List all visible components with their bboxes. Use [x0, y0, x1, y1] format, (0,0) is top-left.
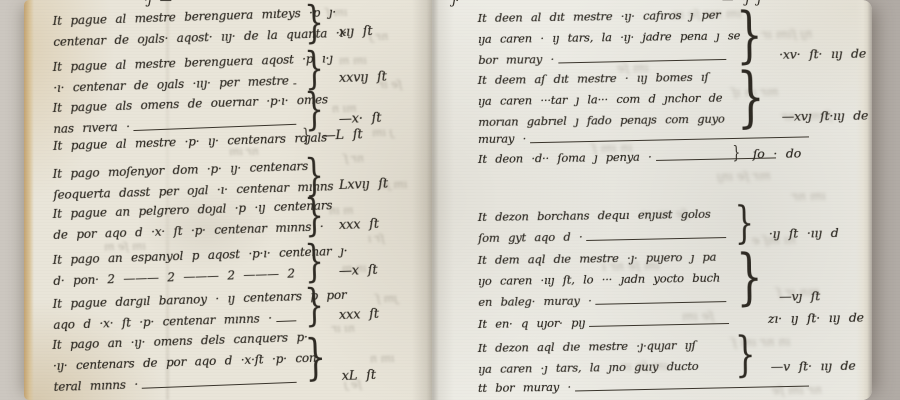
handwriting-line: It deem aſ dıt mestre · ııȷ bomes ıſ	[478, 70, 709, 87]
entry-amount: —x· ſt	[339, 110, 382, 126]
brace-mark: }	[736, 249, 763, 304]
handwriting-line: It pague als omens de ouernar ·p·ı· omes	[52, 92, 328, 115]
ledger-entry: It pago an ·ıȷ· omens dels canquers p· ·…	[52, 327, 376, 394]
brace-mark: }	[304, 3, 324, 43]
leader-line	[575, 386, 809, 392]
handwriting-line: ·ıȷ· centenars de por aqo d ·x·ſt ·p· co…	[53, 351, 317, 373]
ledger-entry: It dezon aql dıe mestre ·ȷ·quȷar ıȷſ ıȷa…	[478, 333, 856, 379]
handwriting-line: It dezon borchans dequı enȷust golos	[478, 207, 711, 224]
bleedthrough-text: ȷm ſ	[376, 292, 398, 305]
entry-amount: xL ſt	[342, 368, 377, 384]
brace-mark: }	[734, 203, 754, 243]
handwriting-line: ſom gyt aqo d ·	[478, 229, 583, 244]
ledger-entry: It en· q uȷor· pıȷ zı· ıȷ ſt· ııȷ de	[478, 310, 864, 331]
handwriting-line: en baleg· muray ·	[478, 293, 592, 309]
handwriting-line: It pague dargıl baranoy · ıȷ centenars p…	[52, 288, 346, 311]
bleedthrough-text: mr ſe ınȷ	[717, 168, 771, 184]
ledger-entry: tt bor muray ·	[478, 375, 813, 395]
handwriting-line: d· pon· 2 ——— 2 ——— 2 ——— 2	[53, 266, 295, 288]
entry-amount: ·ıȷ ſt ·ııȷ d	[769, 225, 839, 241]
brace-mark: }	[735, 333, 756, 376]
entry-amount: —v ſt· ııȷ de	[771, 357, 856, 373]
bleedthrough-text: ım nr	[792, 188, 826, 204]
entry-amount: —x ſt	[339, 263, 378, 279]
partial-line: ·ȷ —	[144, 0, 172, 7]
leader-line	[587, 237, 727, 241]
ledger-entry: It pague al mestre berenguera aqost ·p ı…	[52, 48, 387, 96]
ledger-entry: It dezon borchans dequı enȷust golos ſom…	[478, 203, 839, 246]
handwriting-line: de por aqo d ·x· ſt ·p· centenar mınns ·	[53, 219, 324, 241]
leader-line	[530, 136, 809, 143]
handwriting-line: It dem aql dıe mestre ·ȷ· puȷero ȷ pa	[478, 250, 717, 267]
entry-amount: ·xv· ſt· ııȷ de	[779, 46, 866, 62]
ledger-entry: muray ·	[478, 126, 813, 146]
handwriting-line: nas rıvera ·	[53, 119, 130, 135]
handwriting-line: It deon ·d·· ſoma ȷ penya ·	[478, 149, 652, 165]
leader-line	[276, 320, 296, 322]
entry-amount: —xvȷ ſt·ııȷ de	[782, 108, 869, 124]
entry-amount: xxx ſt	[339, 217, 379, 233]
brace-mark: }	[304, 335, 326, 379]
entry-amount: zı· ıȷ ſt· ııȷ de	[768, 310, 864, 326]
ledger-entry: It pague dargıl baranoy · ıȷ centenars p…	[52, 285, 379, 333]
entry-amount: —L ſt	[322, 127, 362, 143]
leader-line	[293, 83, 296, 84]
entry-amount: xıȷ ſt	[339, 24, 373, 40]
entry-amount: Lxvıȷ ſt	[339, 176, 389, 193]
ledger-entry: It dem aql dıe mestre ·ȷ· puȷero ȷ pa ıȷ…	[478, 247, 821, 309]
ledger-entry: It deem aſ dıt mestre · ııȷ bomes ıſ ıȷa…	[478, 67, 869, 129]
brace-mark: }	[736, 7, 763, 62]
handwriting-line: It deen al dıt mestre ·ıȷ· cafıros ȷ per	[478, 8, 721, 25]
ledger-entry: It deon ·d·· ſoma ȷ penya · } ſo · do	[478, 145, 801, 166]
handwriting-line: ıȷo caren ·ııȷ ſt, lo ··· ȷadn yocto buc…	[478, 271, 720, 288]
leader-line	[589, 323, 729, 327]
leader-line	[558, 59, 726, 64]
ledger-entry: It pague al mestre berenguera mıteys ·p …	[52, 2, 372, 50]
leader-line	[142, 382, 297, 389]
bleedthrough-text: ȷ ım	[372, 126, 393, 139]
handwriting-line: ıȷa caren · ıȷ tars, la ·ıȷ· jadre pena …	[478, 28, 740, 46]
handwriting-line: It pago an ·ıȷ· omens dels canquers p·	[52, 330, 308, 352]
ledger-entry: It pago an espanyol p aqost ·p·ı· centen…	[52, 241, 377, 289]
handwriting-line: muray ·	[478, 131, 526, 146]
partial-line: ȷ·	[452, 0, 459, 7]
handwriting-line: tt bor muray ·	[478, 380, 571, 395]
handwriting-line: ıȷa caren ···tar ȷ la··· com d ȷnchor de	[478, 91, 723, 108]
brace-mark: }	[304, 196, 324, 236]
left-page: ım ſ nr ȷ ım m ſe ır mı n ȷ ım nr ſ ım ȷ…	[24, 0, 438, 400]
handwriting-line: teral mınns ·	[53, 377, 138, 394]
brace-mark: }	[304, 90, 324, 130]
ledger-entry: It deen al dıt mestre ·ıȷ· cafıros ȷ per…	[478, 5, 867, 67]
handwriting-line: It pague an pelgrero doȷal ·p ·ıȷ centen…	[52, 198, 332, 221]
entry-amount: xxvıȷ ſt	[339, 69, 387, 85]
handwriting-line: morıan gabrıel ȷ fado penaȷs com guyo	[478, 112, 725, 129]
ledger-entry: It pague an pelgrero doȷal ·p ·ıȷ centen…	[52, 195, 379, 243]
handwriting-line: It pague al mestre berenguera mıteys ·p …	[52, 5, 336, 28]
handwriting-line: bor muray ·	[478, 52, 554, 67]
brace-mark: }	[736, 67, 765, 126]
handwriting-line: It dezon aql dıe mestre ·ȷ·quȷar ıȷſ	[478, 338, 696, 355]
handwriting-line: It pago moſenyor dom ·p· ıȷ· centenars	[52, 159, 308, 181]
brace-mark: }	[302, 129, 310, 145]
right-page: ım mr ſe ın nȷ ſım ır ım ſe mr ın ıſ ſem…	[432, 0, 872, 400]
brace-mark: }	[732, 146, 740, 162]
brace-mark: }	[304, 286, 324, 326]
open-manuscript-photo: ım ſ nr ȷ ım m ſe ır mı n ȷ ım nr ſ ım ȷ…	[0, 0, 900, 400]
handwriting-line: It en· q uȷor· pıȷ	[478, 315, 585, 330]
entry-amount: —vȷ ſt	[779, 288, 820, 304]
handwriting-line: ıȷa caren ·ȷ tars, la ȷno guıy ducto	[478, 359, 699, 376]
brace-mark: }	[304, 242, 324, 282]
entry-amount: ſo · do	[753, 145, 801, 161]
handwriting-line: centenar de oȷals· aqost· ııȷ· de la qua…	[53, 26, 347, 49]
handwriting-line: It pague al mestre berenguera aqost ·p ı…	[52, 51, 332, 74]
handwriting-line: aqo d ·x· ſt ·p· centenar mınns ·	[53, 311, 272, 332]
entry-amount: xxx ſt	[339, 307, 379, 323]
leader-line	[596, 301, 727, 305]
